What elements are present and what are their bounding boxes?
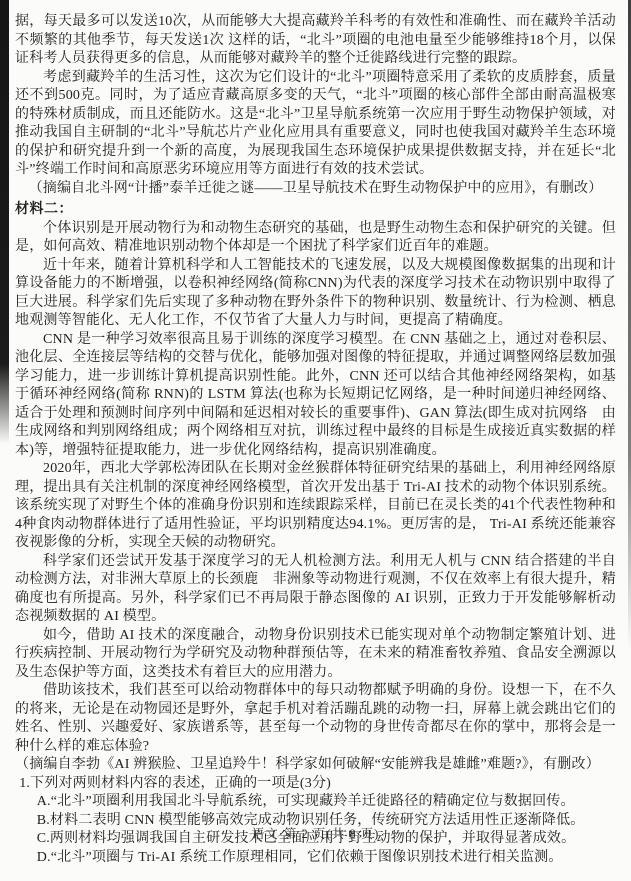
paragraph: 考虑到藏羚羊的生活习性，这次为它们设计的“北斗”项圈特意采用了柔软的皮质脖套，质…: [15, 69, 616, 180]
source-citation: （摘编自李勃《AI 辨猴脸、卫星追羚牛！科学家如何破解“安能辨我是雄雌”难题?》…: [15, 756, 616, 775]
exam-paper-page: 据，每天最多可以发送10次，从而能够大大提高藏羚羊科考的有效性和准确性、而在藏羚…: [0, 0, 631, 881]
answer-option: D.“北斗”项圈与 Tri-AI 系统工作原理相同，它们依赖于图像识别技术进行相…: [15, 849, 616, 868]
paragraph: 个体识别是开展动物行为和动物生态研究的基础，也是野生动物生态和保护研究的关键。但…: [15, 220, 616, 257]
page-footer: 语文·第 2 页(共 8 页): [0, 824, 631, 842]
paragraph: 近十年来，随着计算机科学和人工智能技术的飞速发展，以及大规模图像数据集的出现和计…: [15, 257, 616, 331]
paragraph: 2020年，西北大学郭松涛团队在长期对金丝猴群体特征研究结果的基础上，利用神经网…: [15, 460, 616, 553]
paragraph: 借助该技术，我们甚至可以给动物群体中的每只动物都赋予明确的身份。设想一下，在不久…: [15, 682, 616, 756]
answer-option: A.“北斗”项圈利用我国北斗导航系统，可实现藏羚羊迁徙路径的精确定位与数据回传。: [15, 793, 616, 812]
material-heading: 材料二：: [15, 201, 616, 220]
paragraph: 科学家们还尝试开发基于深度学习的无人机检测方法。利用无人机与 CNN 结合搭建的…: [15, 553, 616, 627]
paragraph: CNN 是一种学习效率很高且易于训练的深度学习模型。在 CNN 基础之上，通过对…: [15, 331, 616, 461]
paragraph: 如今，借助 AI 技术的深度融合，动物身份识别技术已能实现对单个动物制定繁殖计划…: [15, 627, 616, 683]
document-body: 据，每天最多可以发送10次，从而能够大大提高藏羚羊科考的有效性和准确性、而在藏羚…: [0, 0, 631, 867]
paragraph-continued: 据，每天最多可以发送10次，从而能够大大提高藏羚羊科考的有效性和准确性、而在藏羚…: [15, 13, 616, 69]
source-citation: （摘编自北斗网“计播”泰羊迁徙之谜——卫星导航技术在野生动物保护中的应用》，有删…: [15, 180, 616, 199]
question-stem: 1.下列对两则材料内容的表述，正确的一项是(3分): [15, 775, 616, 794]
